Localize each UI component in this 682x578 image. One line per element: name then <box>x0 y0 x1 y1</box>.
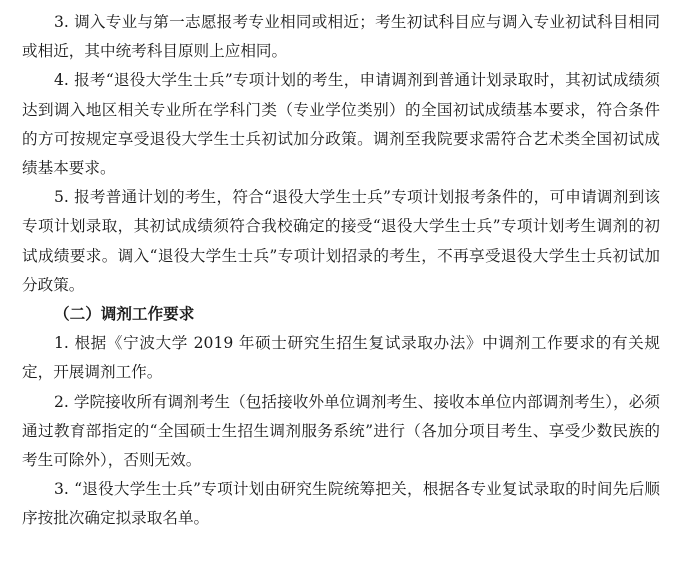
paragraph-item-3-subject-match: 3. 调入专业与第一志愿报考专业相同或相近；考生初试科目应与调入专业初试科目相同… <box>22 8 660 66</box>
paragraph-requirement-3: 3. “退役大学生士兵”专项计划由研究生院统筹把关，根据各专业复试录取的时间先后… <box>22 475 660 533</box>
document-body: 3. 调入专业与第一志愿报考专业相同或相近；考生初试科目应与调入专业初试科目相同… <box>22 8 660 534</box>
paragraph-requirement-2: 2. 学院接收所有调剂考生（包括接收外单位调剂考生、接收本单位内部调剂考生），必… <box>22 388 660 476</box>
section-heading-adjustment-requirements: （二）调剂工作要求 <box>22 300 660 329</box>
paragraph-requirement-1: 1. 根据《宁波大学 2019 年硕士研究生招生复试录取办法》中调剂工作要求的有… <box>22 329 660 387</box>
paragraph-item-5-general-to-veteran: 5. 报考普通计划的考生，符合“退役大学生士兵”专项计划报考条件的，可申请调剂到… <box>22 183 660 300</box>
paragraph-item-4-veteran-to-general: 4. 报考“退役大学生士兵”专项计划的考生，申请调剂到普通计划录取时，其初试成绩… <box>22 66 660 183</box>
